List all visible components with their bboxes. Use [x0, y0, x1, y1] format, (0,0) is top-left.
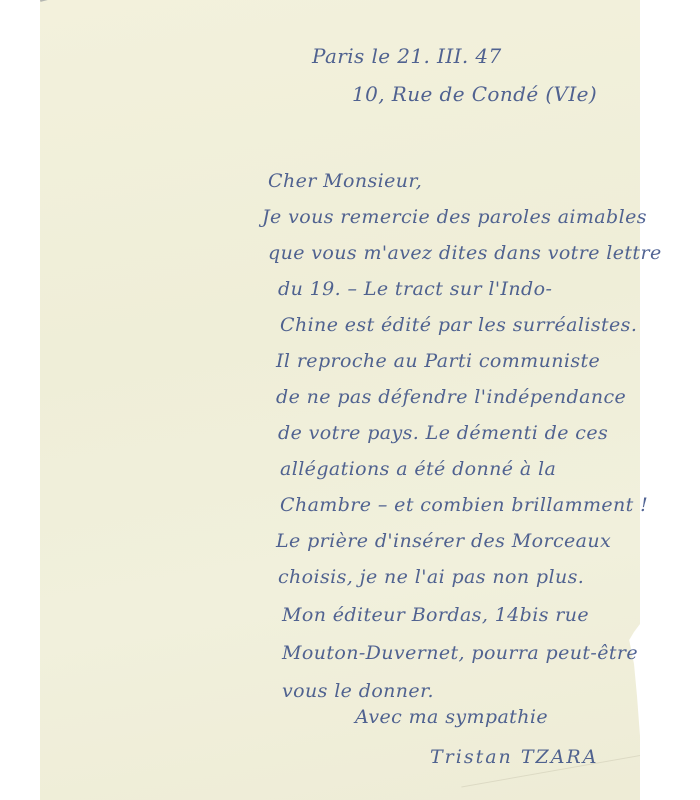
signature: Tristan TZARA — [430, 746, 598, 768]
body-line: Chambre – et combien brillamment ! — [280, 494, 648, 516]
body-line: allégations a été donné à la — [280, 458, 556, 480]
closing: Avec ma sympathie — [355, 706, 548, 728]
place-date: Paris le 21. III. 47 — [312, 44, 502, 68]
body-line: du 19. – Le tract sur l'Indo- — [278, 278, 552, 300]
salutation: Cher Monsieur, — [268, 170, 422, 192]
body-line: Le prière d'insérer des Morceaux — [276, 530, 611, 552]
body-line: Je vous remercie des paroles aimables — [262, 206, 647, 228]
body-line: de ne pas défendre l'indépendance — [276, 386, 626, 408]
body-line: que vous m'avez dites dans votre lettre — [268, 242, 662, 264]
body-line: Mon éditeur Bordas, 14bis rue — [282, 604, 589, 626]
body-line: de votre pays. Le démenti de ces — [278, 422, 608, 444]
body-line: Il reproche au Parti communiste — [276, 350, 600, 372]
address: 10, Rue de Condé (VIe) — [352, 82, 597, 106]
body-line: Chine est édité par les surréalistes. — [280, 314, 637, 336]
body-line: Mouton-Duvernet, pourra peut-être — [282, 642, 638, 664]
body-line: vous le donner. — [282, 680, 434, 702]
body-line: choisis, je ne l'ai pas non plus. — [278, 566, 584, 588]
